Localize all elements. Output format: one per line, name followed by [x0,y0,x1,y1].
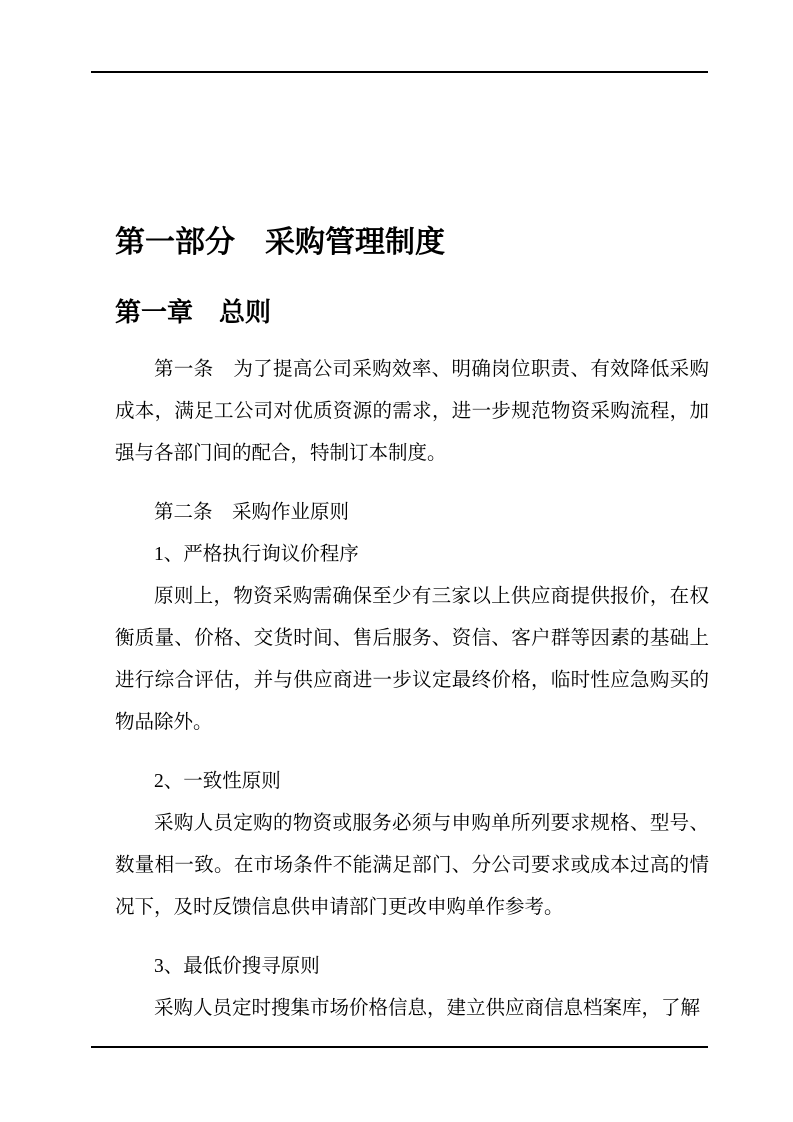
document-page: 第一部分 采购管理制度 第一章 总则 第一条 为了提高公司采购效率、明确岗位职责… [0,0,793,1122]
paragraph: 采购人员定时搜集市场价格信息，建立供应商信息档案库，了解 [115,988,709,1030]
paragraph: 3、最低价搜寻原则 [115,946,709,988]
paragraph: 原则上，物资采购需确保至少有三家以上供应商提供报价，在权衡质量、价格、交货时间、… [115,576,709,744]
footer-rule [91,1046,708,1048]
paragraph: 采购人员定购的物资或服务必须与申购单所列要求规格、型号、数量相一致。在市场条件不… [115,803,709,929]
paragraph: 1、严格执行询议价程序 [115,534,709,576]
paragraph: 2、一致性原则 [115,761,709,803]
document-content: 第一部分 采购管理制度 第一章 总则 第一条 为了提高公司采购效率、明确岗位职责… [115,0,709,1030]
paragraph: 第二条 采购作业原则 [115,492,709,534]
paragraph: 第一条 为了提高公司采购效率、明确岗位职责、有效降低采购成本，满足工公司对优质资… [115,349,709,475]
document-title: 第一部分 采购管理制度 [115,0,709,265]
document-body: 第一条 为了提高公司采购效率、明确岗位职责、有效降低采购成本，满足工公司对优质资… [115,349,709,1030]
chapter-heading: 第一章 总则 [115,295,709,331]
